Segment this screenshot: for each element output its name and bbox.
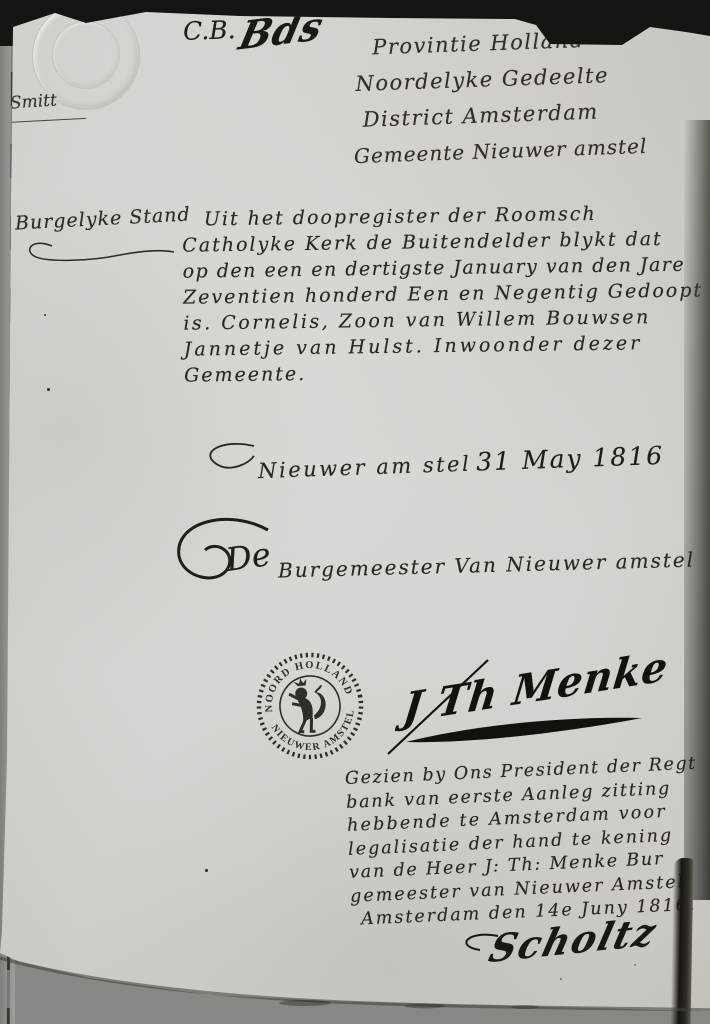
ink-speck <box>47 388 50 391</box>
embossed-seal-inner-ring <box>52 21 120 89</box>
ink-speck <box>44 314 46 316</box>
page-edge-shadow-right <box>684 120 710 900</box>
ink-speck <box>205 869 208 872</box>
margin-note: Smitt <box>9 90 57 113</box>
issuer-line: Burgemeester Van Nieuwer amstel <box>278 548 696 583</box>
document-page: Smitt C.B. Bds Provintie Holland Noordel… <box>0 0 710 1024</box>
margin-note-underline <box>6 118 86 123</box>
issuer-initial: De <box>224 535 273 579</box>
page-edge-crease-right <box>671 858 694 1024</box>
rampant-lion-icon <box>286 674 331 735</box>
margin-label-flourish <box>22 236 182 264</box>
registrar-initials: C.B. <box>183 15 236 46</box>
legalisation-paragraph: Gezien by Ons President der Regt bank va… <box>345 752 710 932</box>
scanned-document-photo: Smitt C.B. Bds Provintie Holland Noordel… <box>0 0 710 1024</box>
place-date-line: Nieuwer am stel 31 May 1816 <box>258 441 665 484</box>
dateline-date: 31 May 1816 <box>476 441 665 477</box>
document-header: Provintie Holland Noordelyke Gedeelte Di… <box>350 18 705 174</box>
body-paragraph: Uit het doopregister der Roomsch Catholy… <box>182 199 709 388</box>
ink-speck <box>560 978 562 980</box>
ink-speck <box>634 964 636 966</box>
dateline-place: Nieuwer am stel <box>258 452 472 483</box>
margin-section-label: Burgelyke Stand <box>15 203 192 234</box>
municipal-seal-stamp: ★ NOORD HOLLAND ★ NIEUWER AMSTEL <box>244 640 377 773</box>
dateline-flourish <box>196 438 258 476</box>
